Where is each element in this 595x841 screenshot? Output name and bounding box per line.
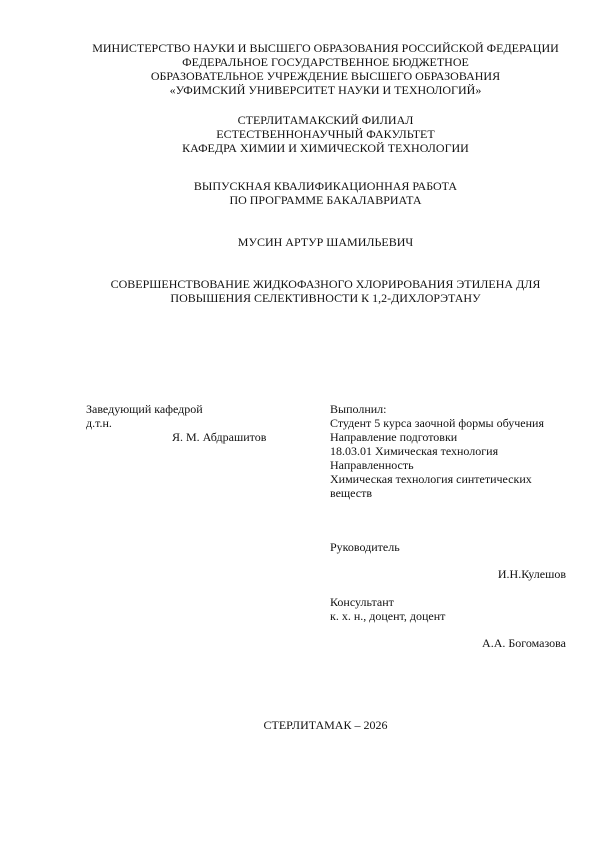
head-label: Заведующий кафедрой <box>86 402 286 416</box>
institution-header: МИНИСТЕРСТВО НАУКИ И ВЫСШЕГО ОБРАЗОВАНИЯ… <box>0 41 595 97</box>
topic-line-1: СОВЕРШЕНСТВОВАНИЕ ЖИДКОФАЗНОГО ХЛОРИРОВА… <box>0 277 595 291</box>
topic-line-2: ПОВЫШЕНИЯ СЕЛЕКТИВНОСТИ К 1,2-ДИХЛОРЭТАН… <box>0 291 595 305</box>
city-year: СТЕРЛИТАМАК – 2026 <box>0 718 595 732</box>
faculty-name: ЕСТЕСТВЕННОНАУЧНЫЙ ФАКУЛЬТЕТ <box>0 127 595 141</box>
direction-label: Направление подготовки <box>330 430 566 444</box>
work-type-line-2: ПО ПРОГРАММЕ БАКАЛАВРИАТА <box>0 193 595 207</box>
performer-label: Выполнил: <box>330 402 566 416</box>
university-name: «УФИМСКИЙ УНИВЕРСИТЕТ НАУКИ И ТЕХНОЛОГИЙ… <box>0 83 595 97</box>
author-full-name: МУСИН АРТУР ШАМИЛЬЕВИЧ <box>0 235 595 249</box>
work-type: ВЫПУСКНАЯ КВАЛИФИКАЦИОННАЯ РАБОТА ПО ПРО… <box>0 179 595 207</box>
performer-block: Выполнил: Студент 5 курса заочной формы … <box>330 402 566 500</box>
consultant-degree: к. х. н., доцент, доцент <box>330 609 445 623</box>
student-info: Студент 5 курса заочной формы обучения <box>330 416 566 430</box>
work-type-line-1: ВЫПУСКНАЯ КВАЛИФИКАЦИОННАЯ РАБОТА <box>0 179 595 193</box>
department-name: КАФЕДРА ХИМИИ И ХИМИЧЕСКОЙ ТЕХНОЛОГИИ <box>0 141 595 155</box>
direction-value: 18.03.01 Химическая технология <box>330 444 566 458</box>
consultant-name: А.А. Богомазова <box>482 636 566 650</box>
branch-info: СТЕРЛИТАМАКСКИЙ ФИЛИАЛ ЕСТЕСТВЕННОНАУЧНЫ… <box>0 113 595 155</box>
thesis-topic: СОВЕРШЕНСТВОВАНИЕ ЖИДКОФАЗНОГО ХЛОРИРОВА… <box>0 277 595 305</box>
city-year-text: СТЕРЛИТАМАК – 2026 <box>0 718 595 732</box>
head-name: Я. М. Абдрашитов <box>86 430 286 444</box>
consultant-label: Консультант <box>330 595 445 609</box>
consultant-block: Консультант к. х. н., доцент, доцент <box>330 595 445 623</box>
profile-label: Направленность <box>330 458 566 472</box>
supervisor-label: Руководитель <box>330 540 400 554</box>
branch-name: СТЕРЛИТАМАКСКИЙ ФИЛИАЛ <box>0 113 595 127</box>
title-page: МИНИСТЕРСТВО НАУКИ И ВЫСШЕГО ОБРАЗОВАНИЯ… <box>0 0 595 841</box>
head-of-department-block: Заведующий кафедрой д.т.н. Я. М. Абдраши… <box>86 402 286 444</box>
supervisor-name: И.Н.Кулешов <box>498 567 566 581</box>
author-name: МУСИН АРТУР ШАМИЛЬЕВИЧ <box>0 235 595 249</box>
institution-type-line-1: ФЕДЕРАЛЬНОЕ ГОСУДАРСТВЕННОЕ БЮДЖЕТНОЕ <box>0 55 595 69</box>
ministry-line: МИНИСТЕРСТВО НАУКИ И ВЫСШЕГО ОБРАЗОВАНИЯ… <box>0 41 595 55</box>
head-degree: д.т.н. <box>86 416 286 430</box>
profile-value: Химическая технология синтетических веще… <box>330 472 566 500</box>
institution-type-line-2: ОБРАЗОВАТЕЛЬНОЕ УЧРЕЖДЕНИЕ ВЫСШЕГО ОБРАЗ… <box>0 69 595 83</box>
